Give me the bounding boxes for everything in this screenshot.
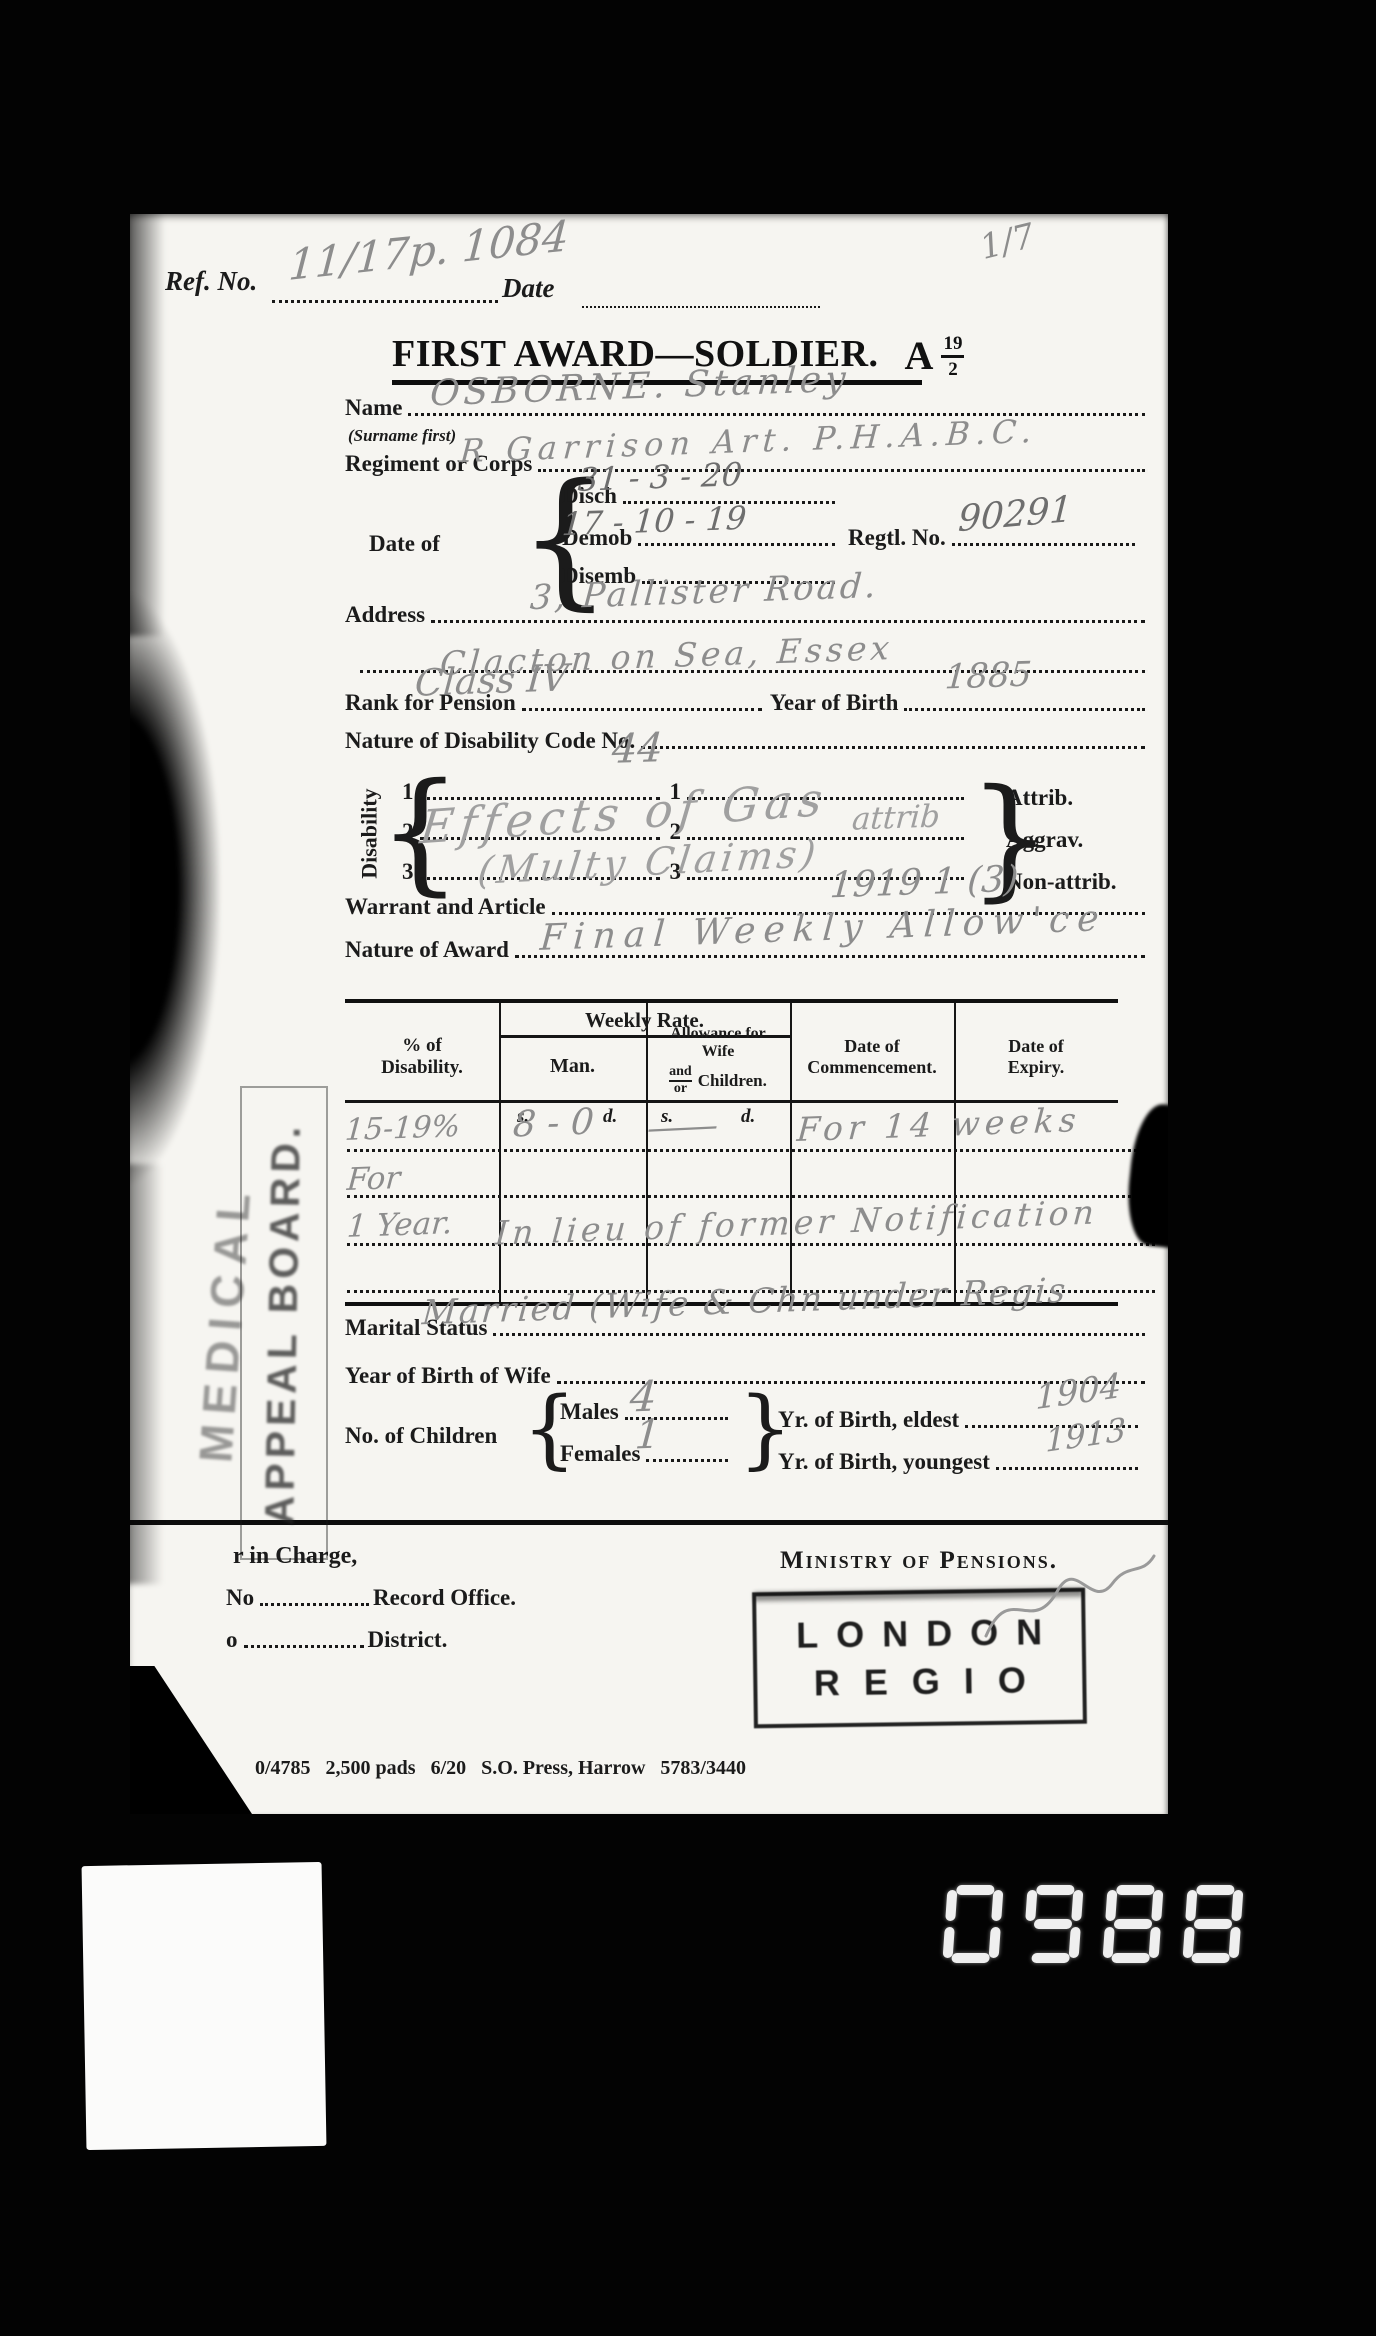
man-header: Man. — [499, 1055, 646, 1078]
form-code: A 19 2 — [905, 332, 965, 379]
address-label: Address — [345, 603, 425, 627]
row2-handwriting: For — [346, 1160, 402, 1198]
print-code-line: 0/4785 2,500 pads 6/20 S.O. Press, Harro… — [255, 1758, 746, 1779]
pension-form-sheet: Ref. No. 11/17p. 1084 Date 1/7 FIRST AWA… — [130, 214, 1168, 1814]
scan-notch-right-edge — [1123, 1102, 1168, 1249]
and-or-stack: andor — [669, 1065, 692, 1096]
row1-man-handwriting: 8 - 0 — [512, 1102, 596, 1146]
children-label: No. of Children — [345, 1424, 497, 1448]
film-counter — [945, 1885, 1241, 1963]
row3-pct-handwriting: 1 Year. — [346, 1205, 454, 1245]
year-of-birth-label: Year of Birth — [770, 691, 899, 715]
demob-handwriting: 17 - 10 - 19 — [561, 499, 748, 544]
pct-disability-header: % ofDisability. — [345, 1035, 499, 1079]
film-frame: Ref. No. 11/17p. 1084 Date 1/7 FIRST AWA… — [0, 0, 1376, 2336]
stamp-line-1: LONDON — [778, 1611, 1061, 1657]
date-line — [582, 306, 820, 308]
aggrav-label: Aggrav. — [1006, 828, 1083, 852]
allow-d-label: d. — [741, 1106, 755, 1128]
expiry-header: Date ofExpiry. — [954, 1036, 1118, 1077]
counter-digit — [942, 1885, 1003, 1963]
warrant-label: Warrant and Article — [345, 895, 546, 919]
rank-handwriting: Class IV — [414, 656, 570, 704]
ref-no-label: Ref. No. — [165, 267, 257, 295]
record-office-field: No Record Office. — [226, 1586, 516, 1610]
scan-black-corner-bottom-left — [130, 1666, 252, 1814]
ministry-of-pensions-label: Ministry of Pensions. — [780, 1548, 1058, 1574]
date-of-label: Date of — [369, 532, 440, 556]
females-label: Females — [560, 1442, 640, 1466]
counter-digit — [1182, 1885, 1243, 1963]
eldest-label: Yr. of Birth, eldest — [778, 1408, 959, 1432]
corner-pencil-note: 1/7 — [976, 216, 1039, 268]
counter-digit — [1102, 1885, 1163, 1963]
district-prefix: o — [226, 1628, 238, 1652]
name-label: Name — [345, 396, 402, 420]
disability-num-2a: 2 — [402, 820, 414, 844]
females-handwriting: 1 — [633, 1411, 662, 1458]
blank-white-card — [82, 1862, 327, 2150]
disch-handwriting: 31 - 3 - 20 — [577, 455, 744, 499]
non-attrib-label: Non-attrib. — [1006, 870, 1117, 894]
disability-code-handwriting: 44 — [610, 725, 664, 773]
london-region-stamp: LONDON REGIO — [752, 1588, 1087, 1729]
medical-stamp: MEDICAL — [186, 1142, 265, 1505]
attrib-label: Attrib. — [1006, 786, 1073, 810]
row1-pct-handwriting: 15-19% — [344, 1109, 461, 1148]
award-label: Nature of Award — [345, 938, 509, 962]
ref-no-line — [272, 300, 498, 303]
record-office-label: Record Office. — [373, 1586, 516, 1610]
weekly-rate-table: Weekly Rate. % ofDisability. Man. Allowa… — [345, 999, 1118, 1306]
form-code-fraction: 19 2 — [941, 334, 964, 379]
regtl-no-label: Regtl. No. — [848, 526, 946, 550]
table-vline-1 — [499, 1003, 501, 1302]
surname-first-note: (Surname first) — [348, 427, 456, 445]
warrant-handwriting: 1919 1 (3) — [829, 859, 1020, 907]
commencement-header: Date ofCommencement. — [790, 1036, 954, 1077]
district-label: District. — [368, 1628, 448, 1652]
disability-num-3a: 3 — [402, 860, 414, 884]
row1-allowance-handwriting: — — [640, 1105, 724, 1148]
males-label: Males — [560, 1400, 619, 1424]
stamp-smear — [754, 1588, 1083, 1602]
disability-num-1a: 1 — [402, 780, 414, 804]
stamp-line-2: REGIO — [790, 1659, 1051, 1705]
table-row-line-1 — [347, 1149, 1155, 1152]
youngest-label: Yr. of Birth, youngest — [778, 1450, 990, 1474]
yob-handwriting: 1885 — [944, 654, 1033, 697]
disability-code-label: Nature of Disability Code No. — [345, 729, 635, 753]
disability-handwriting-attrib: attrib — [851, 798, 941, 837]
counter-digit — [1022, 1885, 1083, 1963]
allowance-header: Allowance forWife andor Children. — [646, 1025, 790, 1096]
district-field: o District. — [226, 1628, 476, 1652]
row1-commencement-handwriting: For 14 weeks — [796, 1100, 1083, 1149]
date-label: Date — [502, 274, 554, 302]
in-charge-label: r in Charge, — [233, 1544, 357, 1569]
form-code-letter: A — [905, 332, 934, 379]
appeal-board-stamp: APPEAL BOARD. — [256, 1108, 310, 1539]
wife-yob-label: Year of Birth of Wife — [345, 1364, 551, 1388]
record-office-prefix: No — [226, 1586, 254, 1610]
scan-shadow-mid-left — [130, 594, 220, 1184]
disability-code-field: Nature of Disability Code No. — [345, 729, 1145, 753]
man-d-label: d. — [603, 1106, 617, 1128]
